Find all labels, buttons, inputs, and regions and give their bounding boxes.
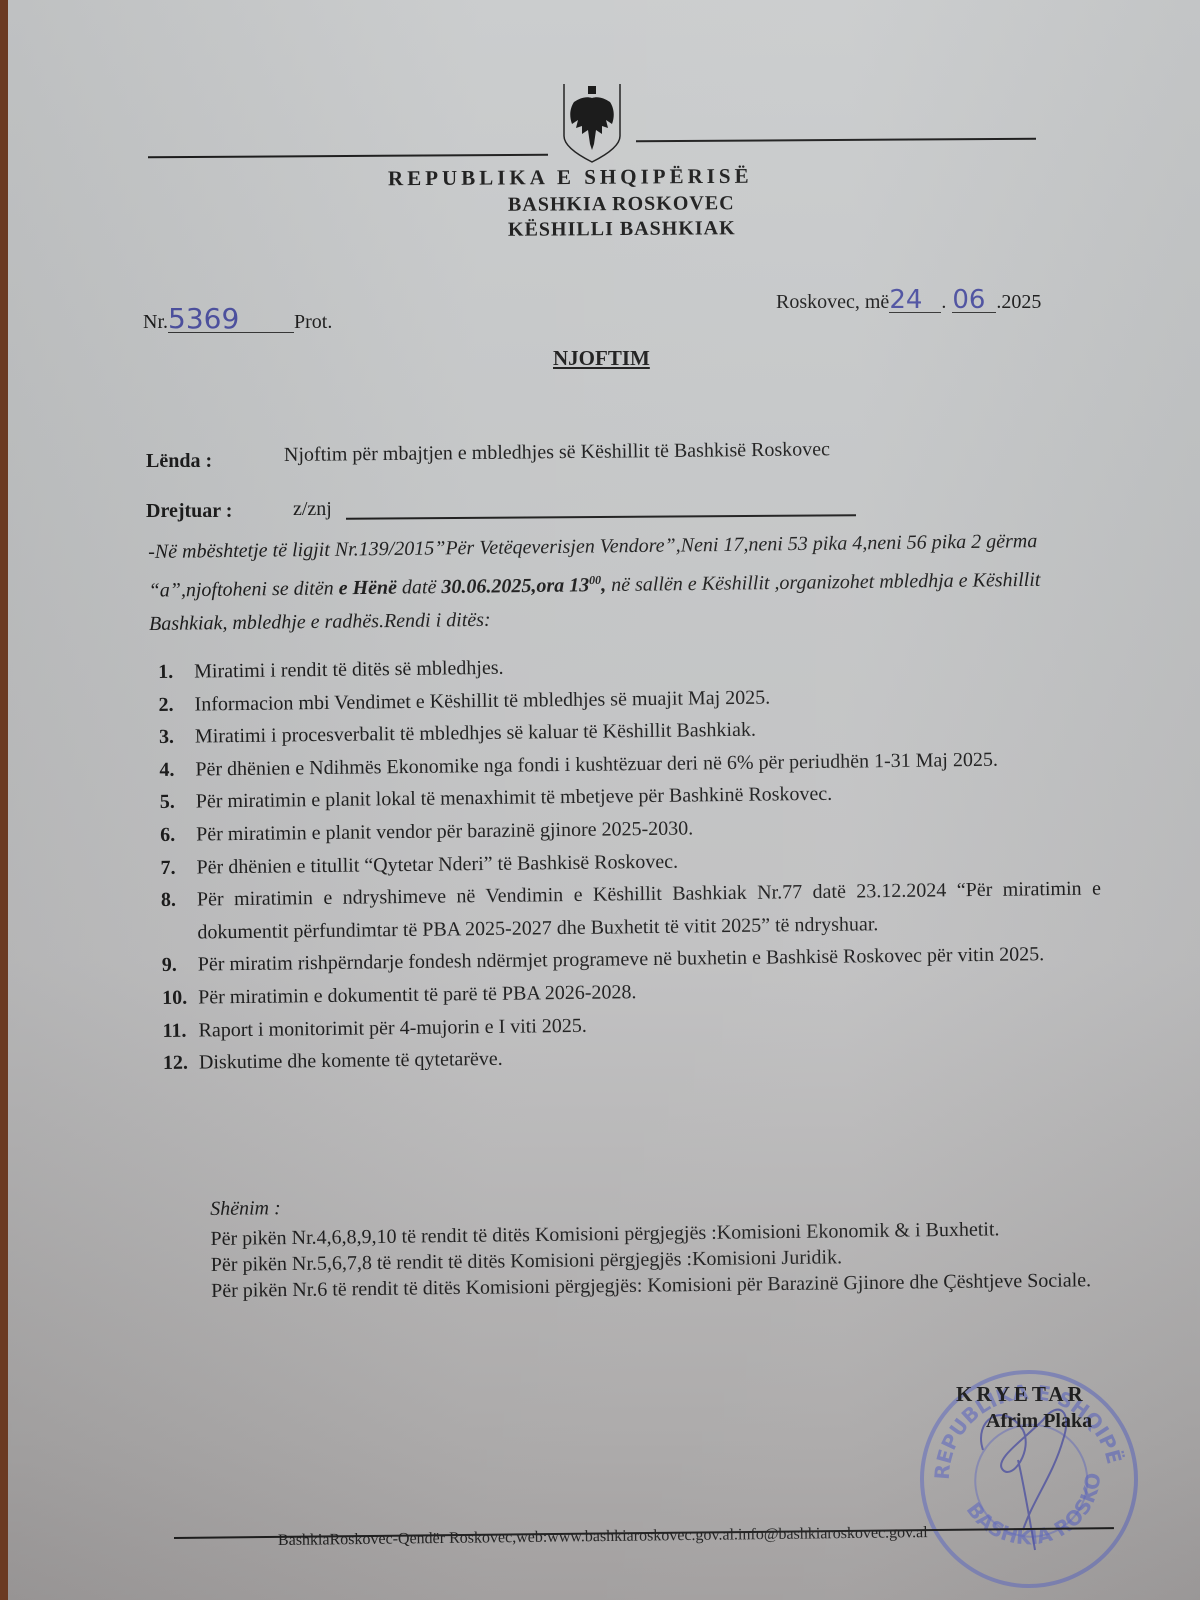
- albanian-coat-of-arms-icon: [560, 80, 624, 164]
- agenda-list: 1.Miratimi i rendit të ditës së mbledhje…: [158, 645, 1103, 1080]
- note-section: Shënim : Për pikën Nr.4,6,8,9,10 të rend…: [210, 1185, 1091, 1304]
- agenda-item-number: 3.: [159, 721, 195, 754]
- protocol-suffix: Prot.: [294, 311, 332, 333]
- intro-day: e Hënë: [339, 577, 398, 600]
- header-rule-left: [148, 154, 548, 158]
- addressed-value: z/znj: [293, 498, 332, 521]
- intro-date: 30.06.2025,ora 13: [441, 574, 589, 598]
- agenda-item-number: 12.: [163, 1047, 199, 1080]
- date-separator: .: [941, 291, 946, 313]
- document-page: REPUBLIKA E SHQIPËRISË BASHKIA ROSKOVEC …: [8, 0, 1200, 1600]
- agenda-item: 8.Për miratimin e ndryshimeve në Vendimi…: [161, 873, 1102, 950]
- signatory-name: Afrim Plaka: [986, 1410, 1092, 1433]
- agenda-item-number: 2.: [158, 688, 194, 721]
- protocol-handwritten-number: 5369: [168, 306, 294, 333]
- header-country: REPUBLIKA E SHQIPËRISË: [388, 164, 753, 192]
- date-prefix: Roskovec, më: [776, 291, 889, 313]
- document-title: NJOFTIM: [553, 346, 650, 371]
- addressed-blank-line: [346, 514, 856, 519]
- agenda-item-number: 1.: [158, 656, 194, 689]
- subject-text: Njoftim për mbajtjen e mbledhjes së Kësh…: [284, 438, 830, 467]
- signatory-role: KRYETAR: [956, 1382, 1087, 1407]
- agenda-item-number: 5.: [160, 786, 196, 819]
- footer-contact: BashkiaRoskovec-Qendër Roskovec,web:www.…: [278, 1524, 928, 1550]
- intro-text-2: datë: [397, 576, 442, 599]
- agenda-item-number: 7.: [160, 851, 196, 884]
- intro-paragraph: -Në mbështetje të ligjit Nr.139/2015”Për…: [148, 525, 1069, 641]
- handwritten-signature: [963, 1380, 1083, 1560]
- intro-time-minutes: 00: [589, 572, 601, 586]
- agenda-item-number: 10.: [162, 981, 198, 1014]
- protocol-prefix: Nr.: [143, 311, 168, 333]
- header-council: KËSHILLI BASHKIAK: [508, 217, 736, 242]
- agenda-item-number: 6.: [160, 819, 196, 852]
- subject-label: Lënda :: [146, 450, 212, 473]
- protocol-number: Nr.5369Prot.: [143, 306, 332, 334]
- agenda-item-number: 9.: [162, 949, 198, 982]
- date-month: 06: [952, 288, 996, 313]
- agenda-item-number: 11.: [162, 1014, 198, 1047]
- header-rule-right: [636, 138, 1036, 142]
- agenda-item-text: Për miratimin e ndryshimeve në Vendimin …: [197, 873, 1102, 949]
- date-day: 24: [889, 288, 941, 313]
- date-year: .2025: [996, 291, 1041, 313]
- addressed-label: Drejtuar :: [146, 500, 232, 523]
- agenda-item-number: 8.: [161, 884, 198, 950]
- agenda-item-number: 4.: [159, 753, 195, 786]
- header-municipality: BASHKIA ROSKOVEC: [508, 192, 735, 217]
- document-date: Roskovec, më24.06.2025: [776, 288, 1041, 314]
